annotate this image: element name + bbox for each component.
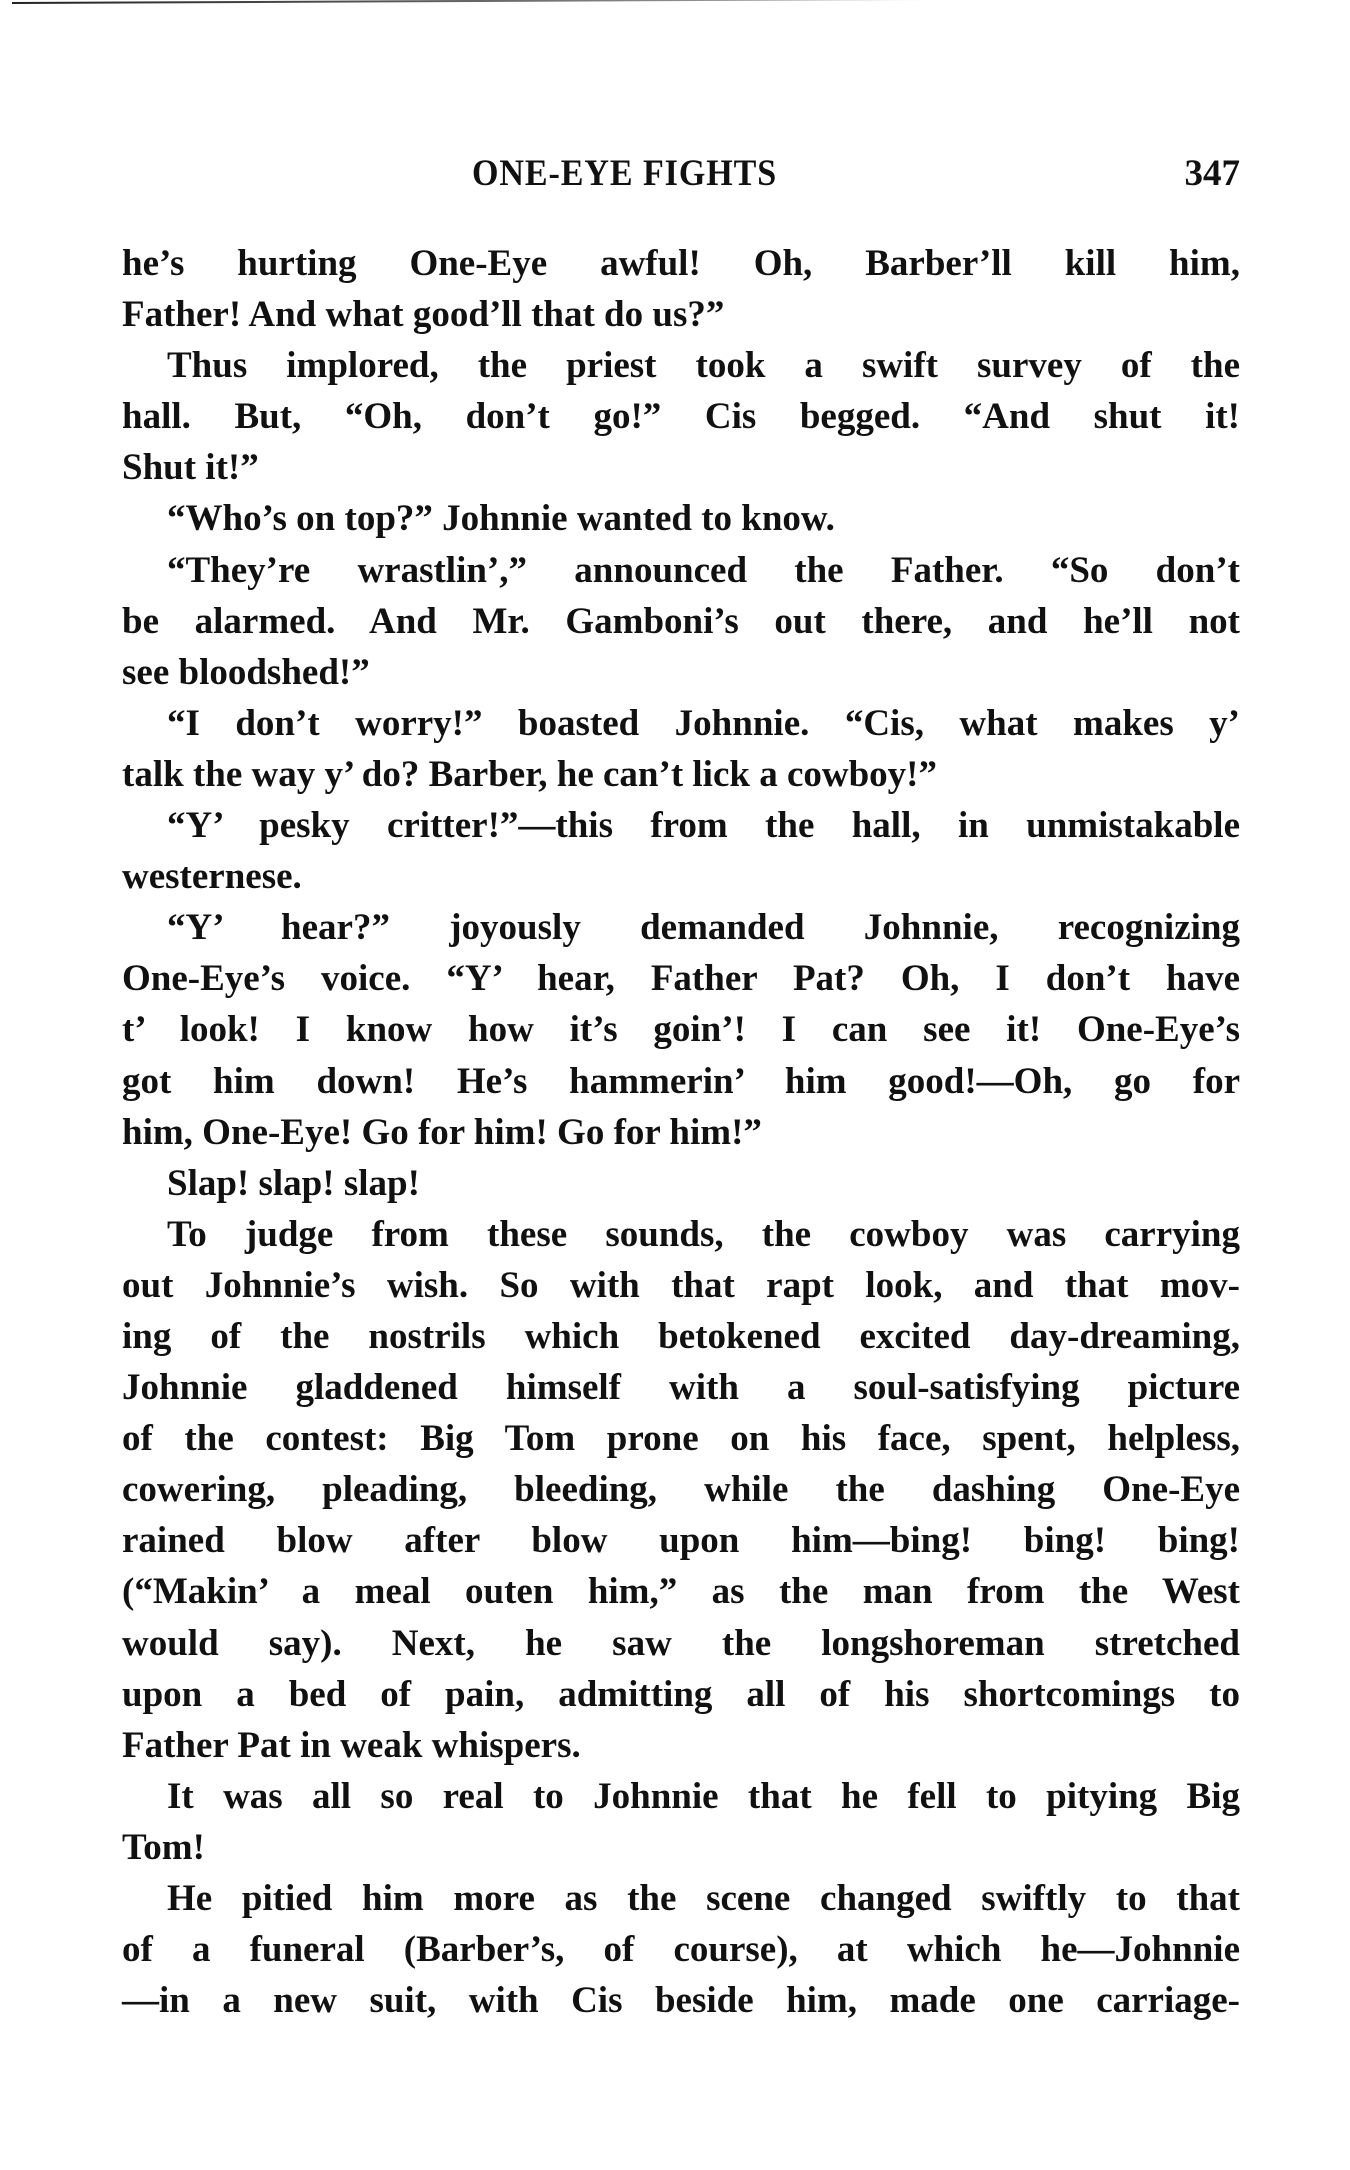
- text-line: westernese.: [122, 851, 1240, 902]
- text-line: “Y’ pesky critter!”—this from the hall, …: [122, 800, 1240, 851]
- text-line: upon a bed of pain, admitting all of his…: [122, 1669, 1240, 1720]
- text-line: see bloodshed!”: [122, 647, 1240, 698]
- text-line: It was all so real to Johnnie that he fe…: [122, 1771, 1240, 1822]
- text-line: “I don’t worry!” boasted Johnnie. “Cis, …: [122, 698, 1240, 749]
- text-line: (“Makin’ a meal outen him,” as the man f…: [122, 1566, 1240, 1617]
- text-line: One-Eye’s voice. “Y’ hear, Father Pat? O…: [122, 953, 1240, 1004]
- text-line: he’s hurting One-Eye awful! Oh, Barber’l…: [122, 238, 1240, 289]
- text-line: Tom!: [122, 1822, 1240, 1873]
- text-line: him, One-Eye! Go for him! Go for him!”: [122, 1107, 1240, 1158]
- text-line: would say). Next, he saw the longshorema…: [122, 1618, 1240, 1669]
- text-line: ing of the nostrils which betokened exci…: [122, 1311, 1240, 1362]
- page-header: ONE-EYE FIGHTS 347: [122, 152, 1240, 202]
- text-line: out Johnnie’s wish. So with that rapt lo…: [122, 1260, 1240, 1311]
- scan-edge-artifact: [12, 0, 1242, 4]
- text-line: of the contest: Big Tom prone on his fac…: [122, 1413, 1240, 1464]
- text-line: Shut it!”: [122, 442, 1240, 493]
- text-line: To judge from these sounds, the cowboy w…: [122, 1209, 1240, 1260]
- text-line: Slap! slap! slap!: [122, 1158, 1240, 1209]
- text-line: Johnnie gladdened himself with a soul-sa…: [122, 1362, 1240, 1413]
- text-line: “They’re wrastlin’,” announced the Fathe…: [122, 545, 1240, 596]
- text-line: cowering, pleading, bleeding, while the …: [122, 1464, 1240, 1515]
- text-line: got him down! He’s hammerin’ him good!—O…: [122, 1056, 1240, 1107]
- body-text: he’s hurting One-Eye awful! Oh, Barber’l…: [122, 238, 1240, 2026]
- text-line: be alarmed. And Mr. Gamboni’s out there,…: [122, 596, 1240, 647]
- text-line: “Who’s on top?” Johnnie wanted to know.: [122, 493, 1240, 544]
- running-title: ONE-EYE FIGHTS: [472, 152, 777, 195]
- text-line: —in a new suit, with Cis beside him, mad…: [122, 1975, 1240, 2026]
- text-line: Thus implored, the priest took a swift s…: [122, 340, 1240, 391]
- page-number: 347: [1185, 152, 1241, 195]
- scanned-book-page: ONE-EYE FIGHTS 347 he’s hurting One-Eye …: [0, 0, 1350, 2170]
- text-line: He pitied him more as the scene changed …: [122, 1873, 1240, 1924]
- text-line: of a funeral (Barber’s, of course), at w…: [122, 1924, 1240, 1975]
- text-line: Father Pat in weak whispers.: [122, 1720, 1240, 1771]
- text-line: hall. But, “Oh, don’t go!” Cis begged. “…: [122, 391, 1240, 442]
- text-line: “Y’ hear?” joyously demanded Johnnie, re…: [122, 902, 1240, 953]
- text-line: talk the way y’ do? Barber, he can’t lic…: [122, 749, 1240, 800]
- text-line: Father! And what good’ll that do us?”: [122, 289, 1240, 340]
- text-line: rained blow after blow upon him—bing! bi…: [122, 1515, 1240, 1566]
- text-line: t’ look! I know how it’s goin’! I can se…: [122, 1004, 1240, 1055]
